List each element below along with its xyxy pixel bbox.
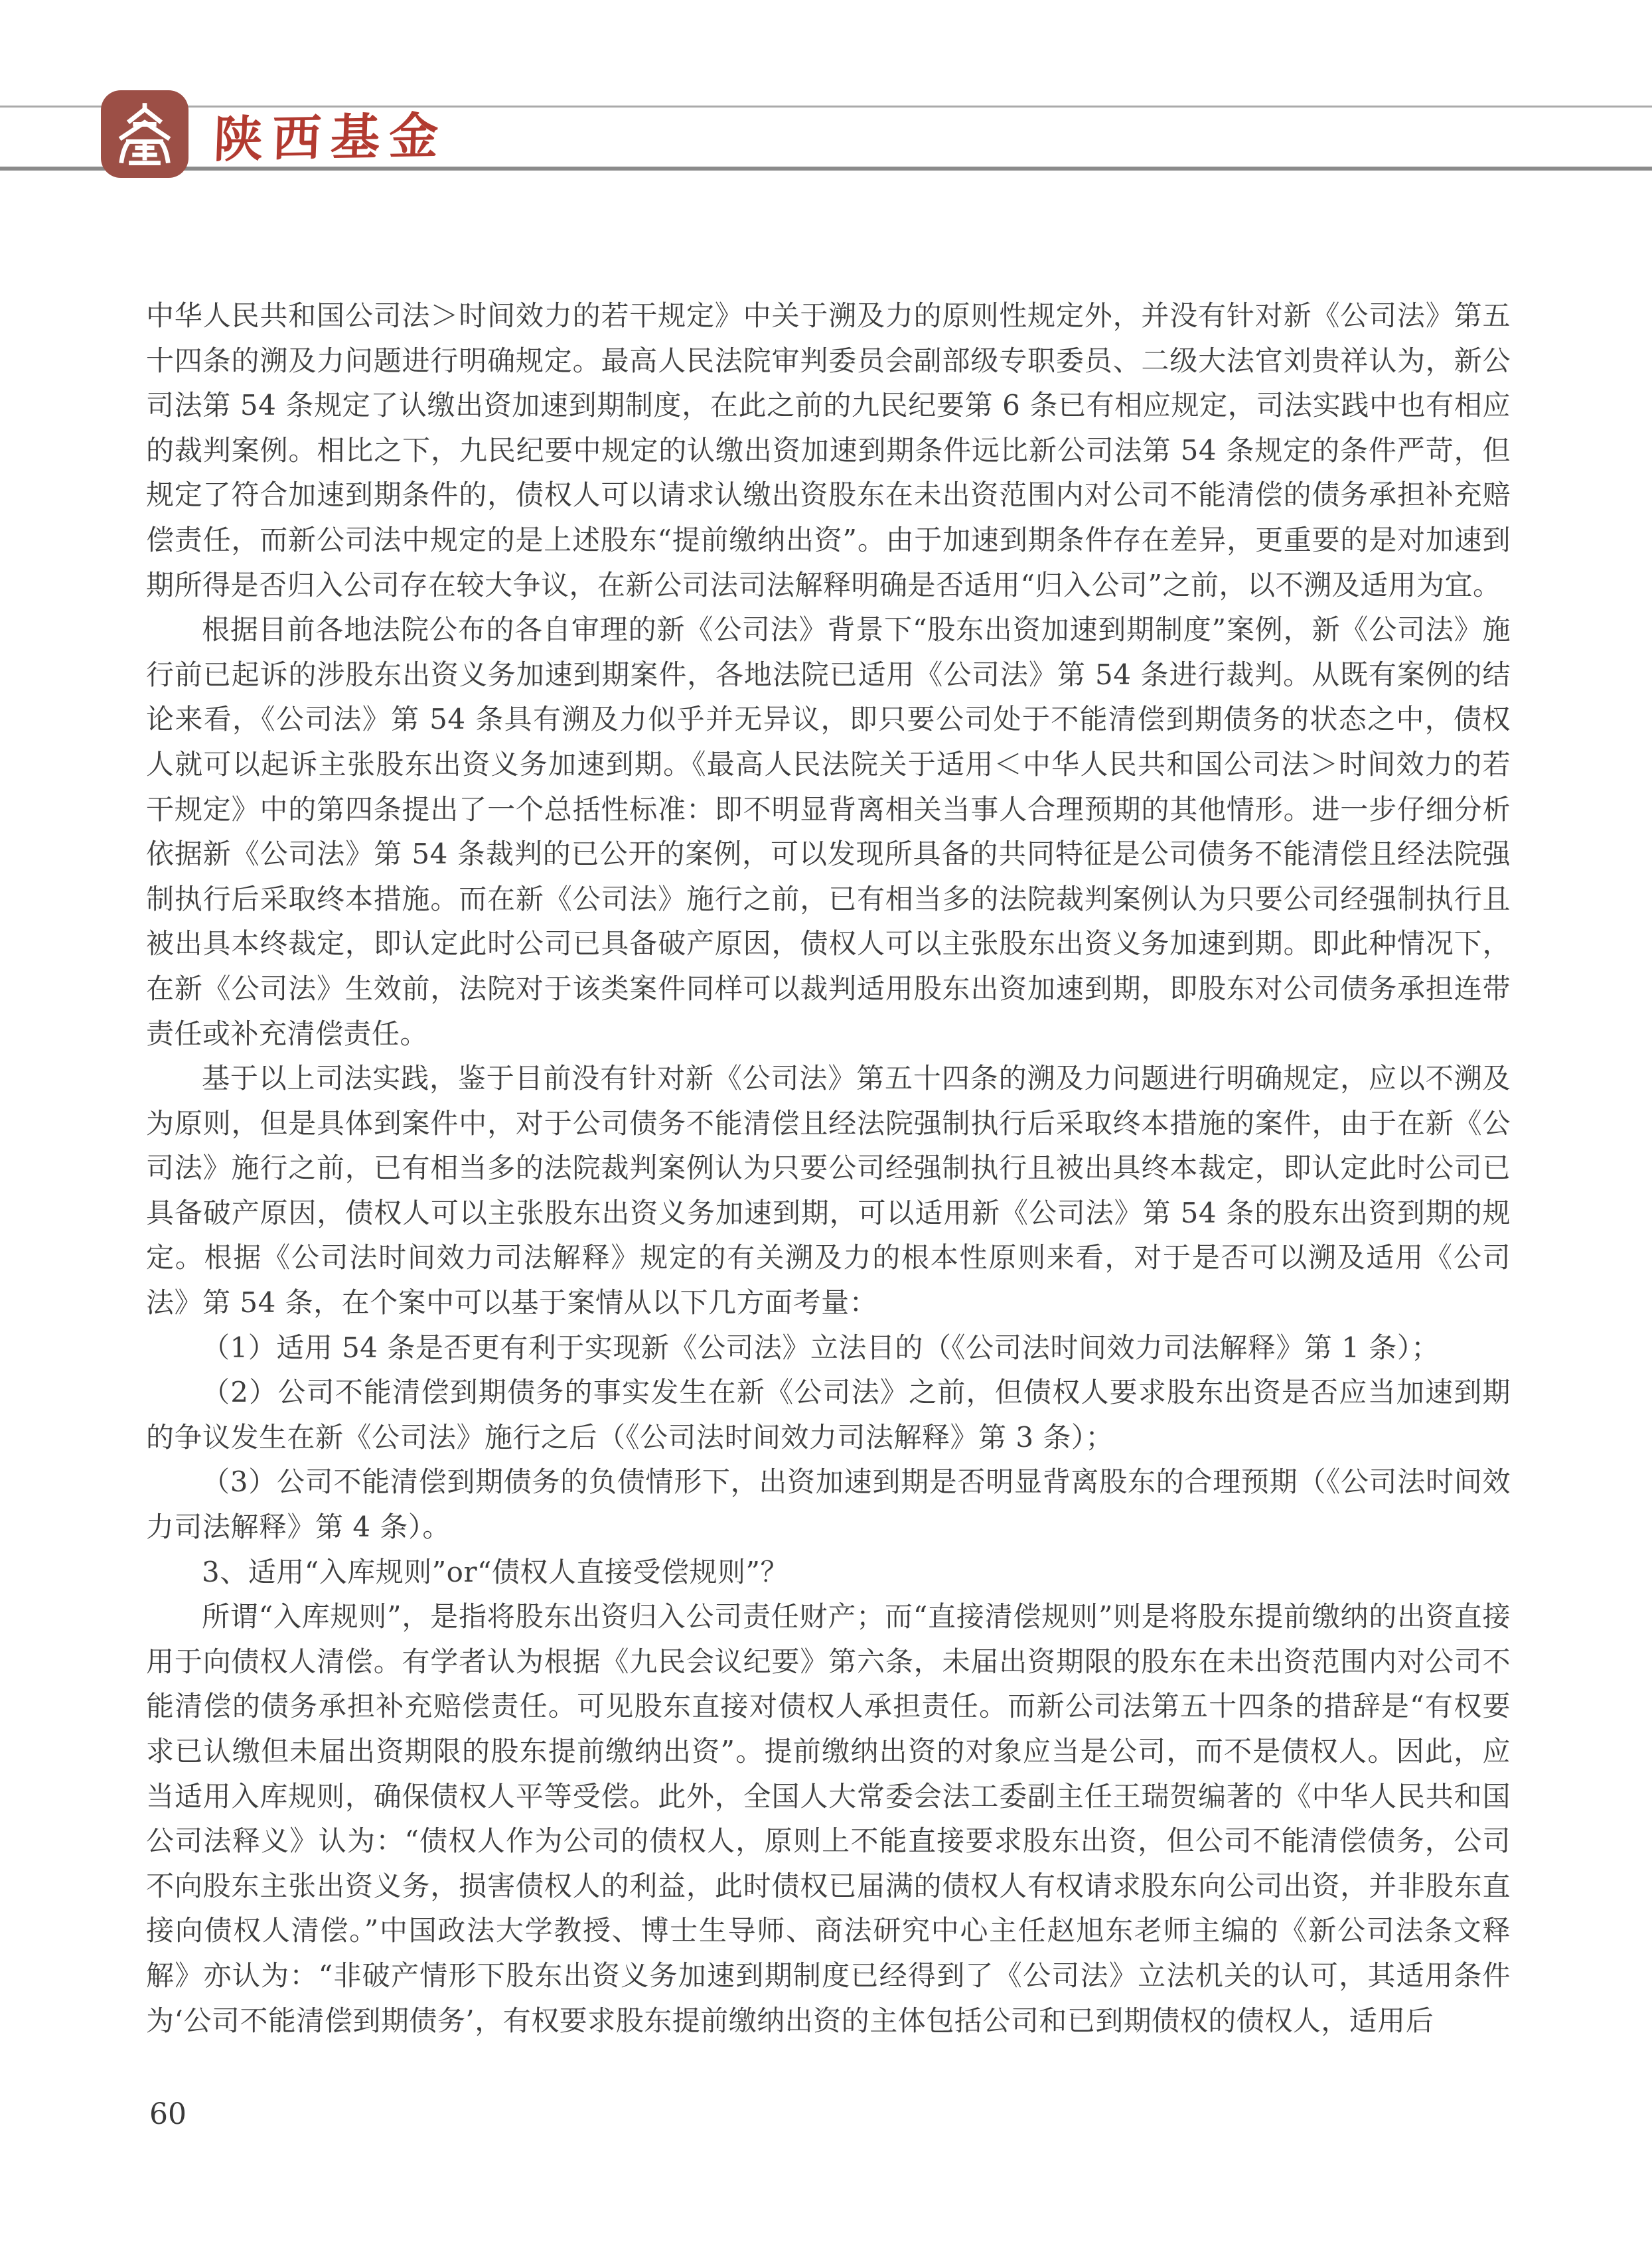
brand-wordmark: 陕西基金 [212, 106, 448, 170]
brand-logo [101, 90, 188, 178]
paragraph: （1）适用 54 条是否更有利于实现新《公司法》立法目的（《公司法时间效力司法解… [146, 1325, 1511, 1371]
paragraph: 3、适用“入库规则”or“债权人直接受偿规则”？ [146, 1550, 1511, 1595]
paragraph: 中华人民共和国公司法＞时间效力的若干规定》中关于溯及力的原则性规定外，并没有针对… [146, 293, 1511, 607]
paragraph: 所谓“入库规则”，是指将股东出资归入公司责任财产；而“直接清偿规则”则是将股东提… [146, 1594, 1511, 2043]
paragraph: （3）公司不能清偿到期债务的负债情形下，出资加速到期是否明显背离股东的合理预期（… [146, 1459, 1511, 1549]
pagoda-seal-icon [110, 100, 179, 169]
paragraph: 根据目前各地法院公布的各自审理的新《公司法》背景下“股东出资加速到期制度”案例，… [146, 607, 1511, 1056]
paragraph: 基于以上司法实践，鉴于目前没有针对新《公司法》第五十四条的溯及力问题进行明确规定… [146, 1056, 1511, 1325]
header-rule-thin [0, 106, 1652, 108]
page-number: 60 [149, 2097, 187, 2131]
paragraph: （2）公司不能清偿到期债务的事实发生在新《公司法》之前，但债权人要求股东出资是否… [146, 1370, 1511, 1459]
page: 陕西基金 中华人民共和国公司法＞时间效力的若干规定》中关于溯及力的原则性规定外，… [0, 0, 1652, 2242]
article-body: 中华人民共和国公司法＞时间效力的若干规定》中关于溯及力的原则性规定外，并没有针对… [146, 293, 1511, 2043]
